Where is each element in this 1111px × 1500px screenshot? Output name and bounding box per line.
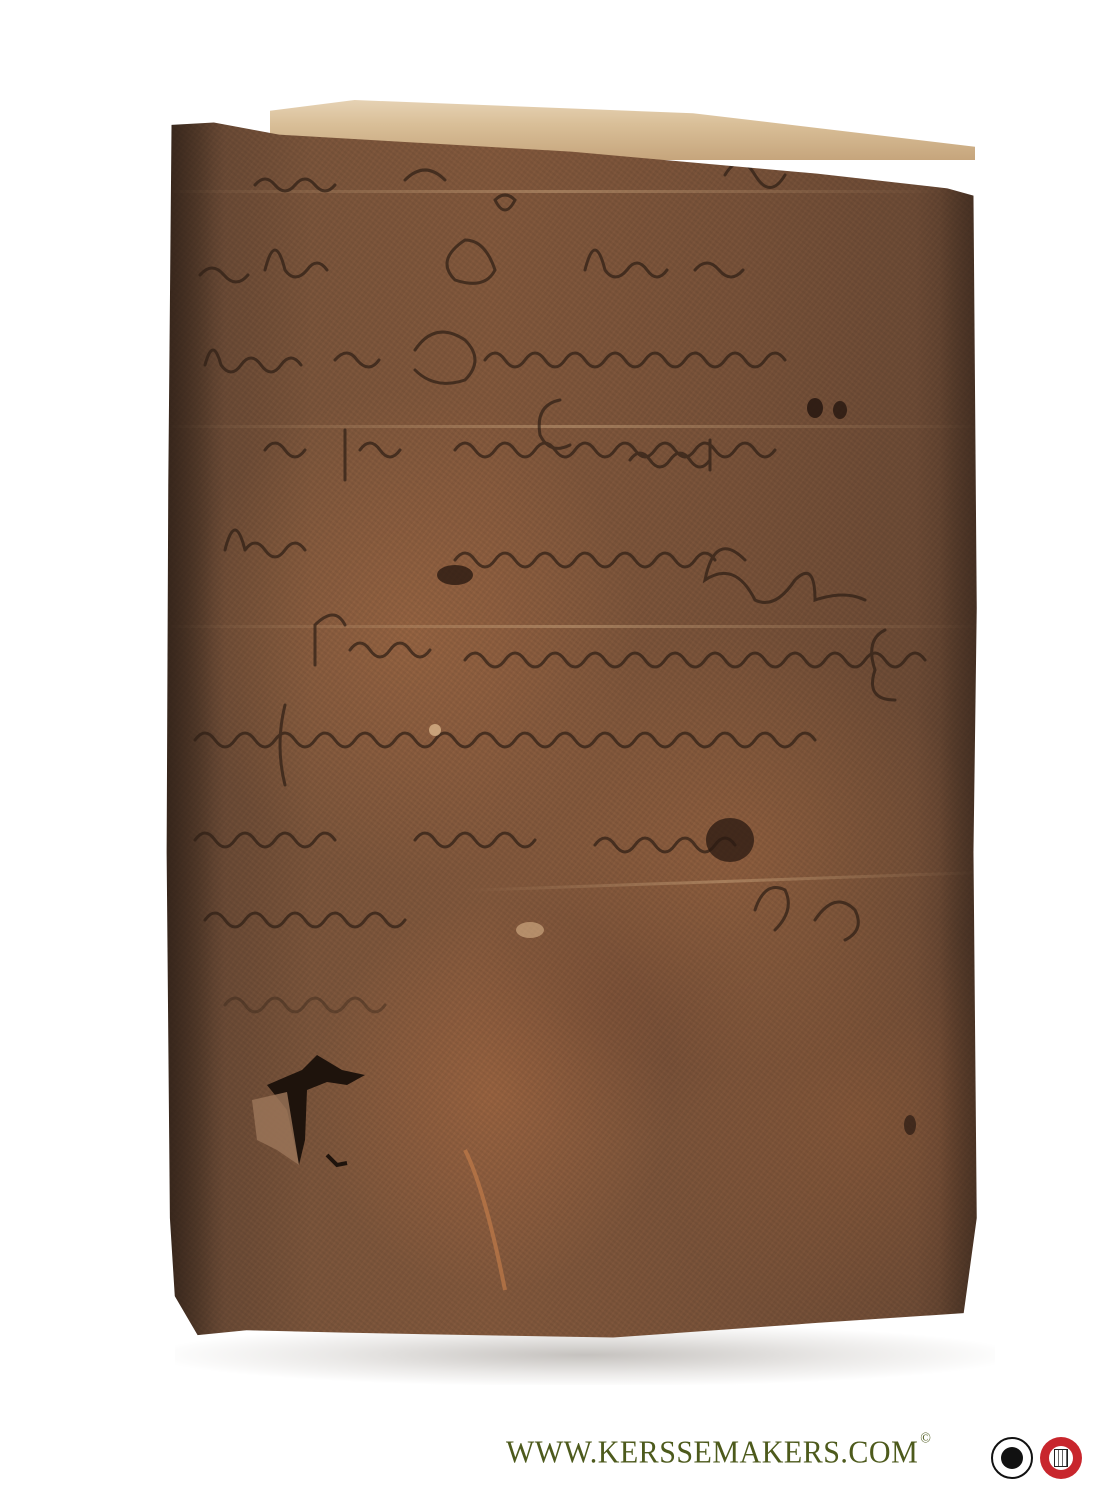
copyright-symbol: © xyxy=(920,1431,931,1447)
ilab-seal-icon xyxy=(1040,1437,1082,1479)
product-photo: WWW.KERSSEMAKERS.COM© xyxy=(0,0,1111,1500)
watermark-text: WWW.KERSSEMAKERS.COM xyxy=(506,1435,918,1470)
leather-book-cover xyxy=(165,120,980,1340)
nvva-seal-icon xyxy=(991,1437,1033,1479)
torn-hole xyxy=(247,1030,367,1180)
watermark-url: WWW.KERSSEMAKERS.COM© xyxy=(506,1435,931,1471)
